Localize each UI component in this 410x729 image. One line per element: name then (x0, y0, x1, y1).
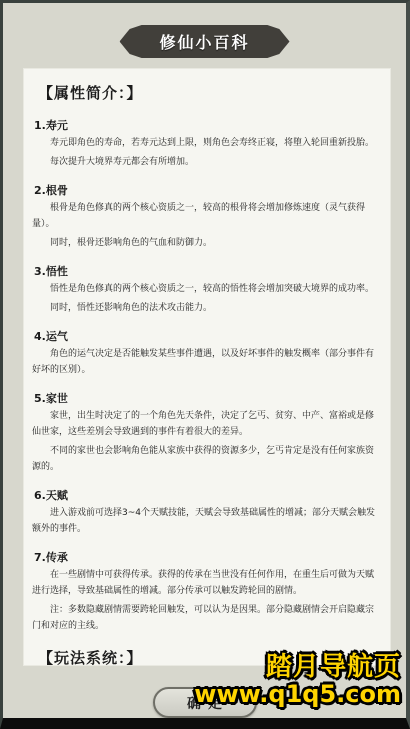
section-title: 5.家世 (34, 390, 382, 408)
encyclopedia-scroll-panel[interactable]: 【属性简介：】 1.寿元 寿元即角色的寿命，若寿元达到上限，则角色会寿终正寝，将… (23, 68, 391, 666)
section-lifespan: 1.寿元 寿元即角色的寿命，若寿元达到上限，则角色会寿终正寝，将堕入轮回重新投胎… (32, 117, 382, 170)
app-window: 修仙小百科 【属性简介：】 1.寿元 寿元即角色的寿命，若寿元达到上限，则角色会… (0, 0, 410, 729)
section-paragraph: 角色的运气决定是否能触发某些事件遭遇，以及好坏事件的触发概率（部分事件有好坏的区… (32, 346, 382, 378)
section-title: 3.悟性 (34, 263, 382, 281)
section-paragraph: 注：多数隐藏剧情需要跨轮回触发，可以认为是因果。部分隐藏剧情会开启隐藏宗门和对应… (32, 602, 382, 634)
section-paragraph: 在一些剧情中可获得传承。获得的传承在当世没有任何作用，在重生后可做为天赋进行选择… (32, 567, 382, 599)
section-inheritance: 7.传承 在一些剧情中可获得传承。获得的传承在当世没有任何作用，在重生后可做为天… (32, 549, 382, 634)
section-bone-root: 2.根骨 根骨是角色修真的两个核心资质之一，较高的根骨将会增加修炼速度（灵气获得… (32, 182, 382, 251)
confirm-button[interactable]: 确定 (153, 687, 257, 718)
section-luck: 4.运气 角色的运气决定是否能触发某些事件遭遇，以及好坏事件的触发概率（部分事件… (32, 328, 382, 378)
gameplay-heading: 【玩法系统：】 (38, 646, 382, 666)
section-talent: 6.天赋 进入游戏前可选择3~4个天赋技能，天赋会导致基础属性的增减；部分天赋会… (32, 487, 382, 537)
section-paragraph: 每次提升大境界寿元都会有所增加。 (32, 154, 382, 170)
section-comprehension: 3.悟性 悟性是角色修真的两个核心资质之一，较高的悟性将会增加突破大境界的成功率… (32, 263, 382, 316)
section-paragraph: 不同的家世也会影响角色能从家族中获得的资源多少，乞丐肯定是没有任何家族资源的。 (32, 443, 382, 475)
section-paragraph: 根骨是角色修真的两个核心资质之一，较高的根骨将会增加修炼速度（灵气获得量）。 (32, 200, 382, 232)
section-title: 4.运气 (34, 328, 382, 346)
section-title: 1.寿元 (34, 117, 382, 135)
section-paragraph: 悟性是角色修真的两个核心资质之一，较高的悟性将会增加突破大境界的成功率。 (32, 281, 382, 297)
title-banner: 修仙小百科 (120, 25, 290, 58)
section-paragraph: 家世，出生时决定了的一个角色先天条件，决定了乞丐、贫穷、中产、富裕或是修仙世家，… (32, 408, 382, 440)
section-title: 2.根骨 (34, 182, 382, 200)
page-title: 修仙小百科 (159, 30, 249, 53)
section-paragraph: 寿元即角色的寿命，若寿元达到上限，则角色会寿终正寝，将堕入轮回重新投胎。 (32, 135, 382, 151)
section-title: 7.传承 (34, 549, 382, 567)
section-paragraph: 同时，根骨还影响角色的气血和防御力。 (32, 235, 382, 251)
section-title: 6.天赋 (34, 487, 382, 505)
section-family-background: 5.家世 家世，出生时决定了的一个角色先天条件，决定了乞丐、贫穷、中产、富裕或是… (32, 390, 382, 475)
section-paragraph: 同时，悟性还影响角色的法术攻击能力。 (32, 300, 382, 316)
attributes-heading: 【属性简介：】 (38, 81, 382, 105)
section-paragraph: 进入游戏前可选择3~4个天赋技能，天赋会导致基础属性的增减；部分天赋会触发额外的… (32, 505, 382, 537)
